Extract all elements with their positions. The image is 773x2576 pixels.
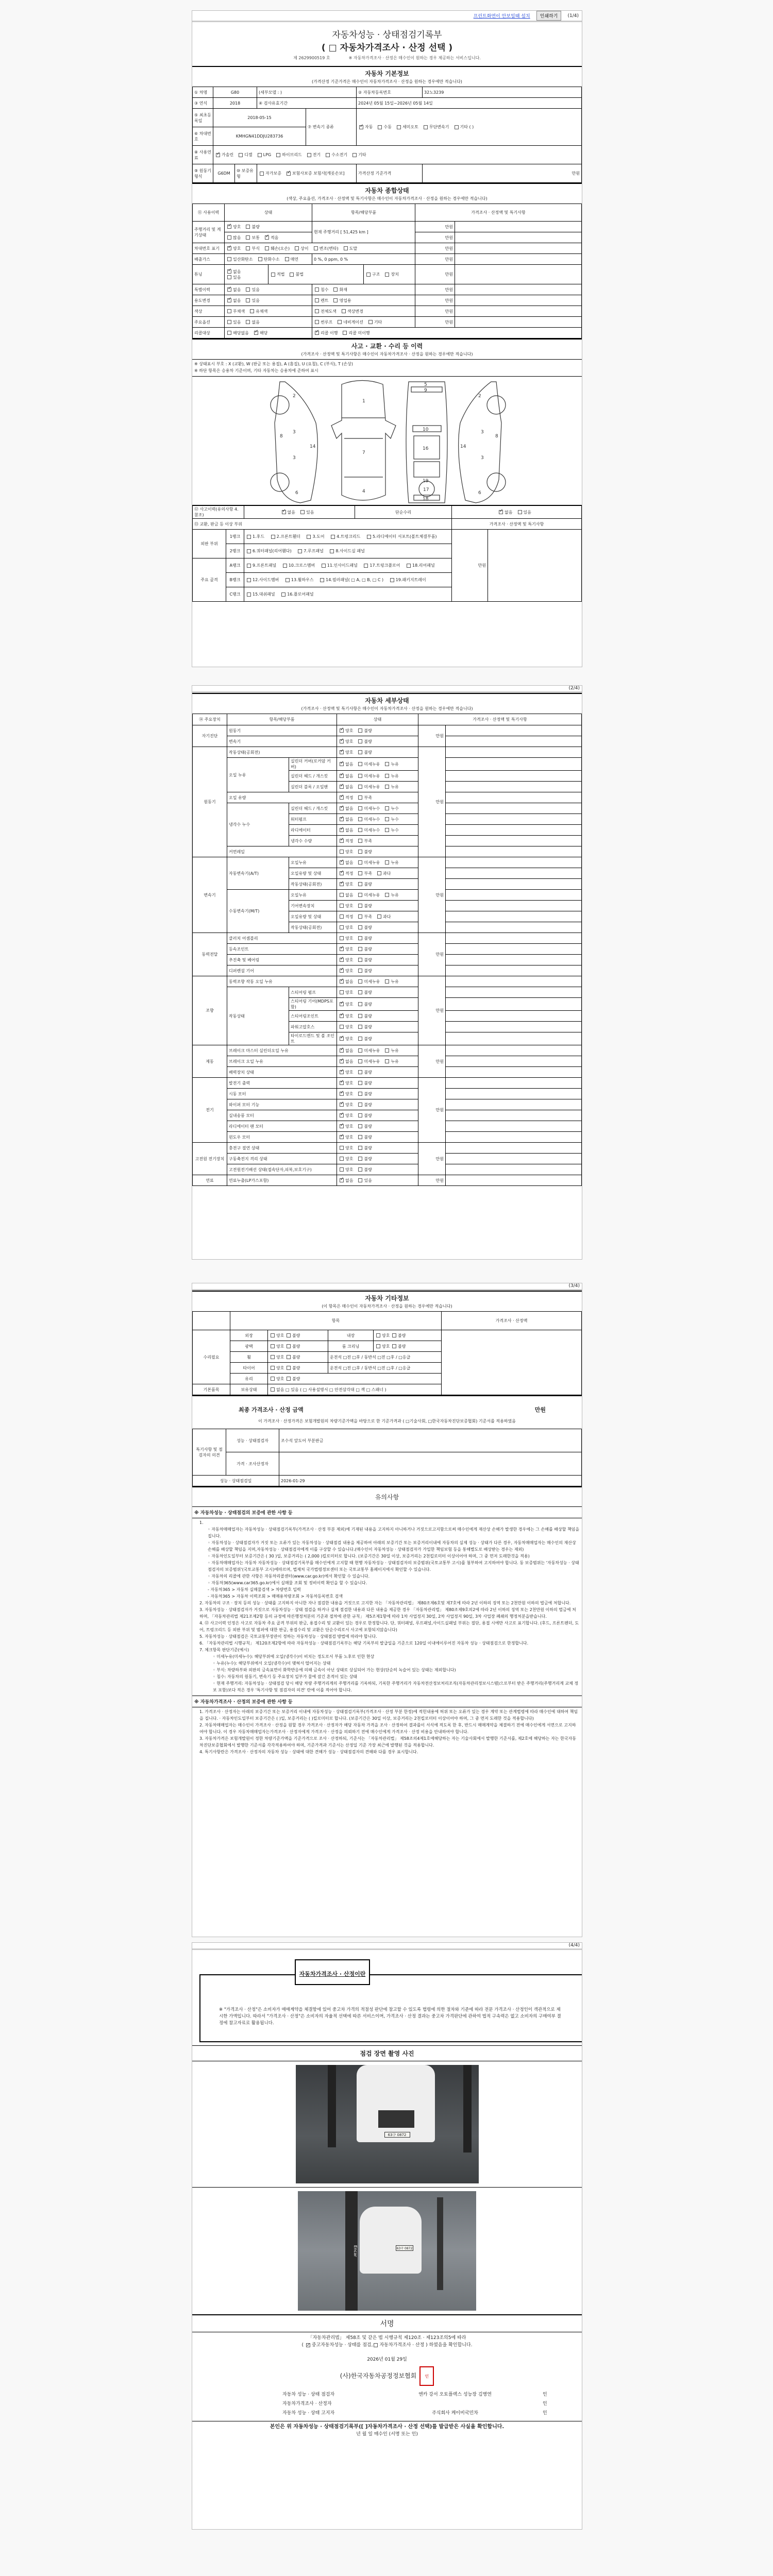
checkbox[interactable] bbox=[340, 1081, 344, 1085]
checkbox[interactable] bbox=[358, 904, 362, 908]
checkbox[interactable] bbox=[455, 125, 459, 129]
checkbox[interactable] bbox=[385, 828, 389, 832]
checkbox[interactable] bbox=[315, 287, 319, 292]
checkbox[interactable] bbox=[344, 246, 348, 250]
option: 양호 bbox=[339, 1002, 353, 1007]
checkbox[interactable] bbox=[287, 1355, 291, 1359]
checkbox[interactable] bbox=[340, 990, 344, 994]
detail-subtitle: (가격조사 · 산정액 및 특기사항은 매수인이 자동차가격조사 · 산정을 원… bbox=[192, 705, 582, 714]
checkbox[interactable] bbox=[239, 153, 243, 157]
option: 없음 bbox=[339, 979, 353, 984]
checkbox[interactable] bbox=[247, 535, 251, 539]
option: 양호 bbox=[339, 1113, 353, 1118]
checkbox[interactable] bbox=[340, 958, 344, 962]
checkbox[interactable] bbox=[358, 1025, 362, 1029]
checkbox[interactable] bbox=[358, 739, 362, 743]
checkbox[interactable] bbox=[340, 1124, 344, 1128]
checkbox[interactable] bbox=[340, 1167, 344, 1172]
option: 보험사보증 보험사[캐롯손보] bbox=[285, 171, 345, 176]
option: 과다 bbox=[376, 871, 391, 876]
checkbox[interactable] bbox=[265, 246, 269, 250]
checkbox[interactable] bbox=[358, 795, 362, 800]
option: 불량 bbox=[357, 990, 372, 995]
appraiser-label: 가격 · 조사산정자 bbox=[226, 1452, 279, 1476]
checkbox[interactable] bbox=[340, 806, 344, 810]
checkbox[interactable] bbox=[390, 578, 394, 582]
checkbox[interactable] bbox=[246, 287, 250, 292]
checkbox[interactable] bbox=[247, 592, 251, 597]
option: LPG bbox=[257, 152, 271, 157]
checkbox[interactable] bbox=[366, 273, 371, 277]
option: 불량 bbox=[357, 936, 372, 941]
checkbox[interactable] bbox=[358, 1178, 362, 1182]
appraisal-description: ※ "가격조사 · 산정"은 소비자가 매매계약을 체결함에 있어 중고차 가격… bbox=[219, 2007, 561, 2027]
checkbox[interactable] bbox=[358, 1059, 362, 1063]
checkbox[interactable] bbox=[227, 309, 231, 313]
checkbox[interactable] bbox=[358, 947, 362, 951]
option: 불량 bbox=[357, 904, 372, 908]
checkbox[interactable] bbox=[271, 1377, 275, 1381]
checkbox[interactable] bbox=[340, 817, 344, 821]
detail-row: 배력장치 상태양호불량 bbox=[193, 1067, 582, 1078]
checkbox[interactable] bbox=[358, 1113, 362, 1117]
checkbox[interactable] bbox=[358, 762, 362, 766]
detail-row: 오일 누유실린더 커버(로커암 커버)없음미세누유누유 bbox=[193, 758, 582, 771]
checkbox[interactable] bbox=[358, 936, 362, 940]
checkbox[interactable] bbox=[358, 785, 362, 789]
checkbox[interactable] bbox=[358, 1135, 362, 1139]
option: 불량 bbox=[357, 1081, 372, 1086]
overall-section: 자동차 종합상태 (색상, 주요옵션, 가격조사 · 산정액 및 특기사항은 매… bbox=[192, 183, 582, 338]
checkbox[interactable] bbox=[358, 979, 362, 984]
detail-row: 전기발전기 출력양호불량만원 bbox=[193, 1078, 582, 1089]
checkbox[interactable] bbox=[358, 1070, 362, 1074]
reg-no: 32노3239 bbox=[423, 87, 582, 98]
checkbox[interactable] bbox=[247, 564, 251, 568]
checkbox[interactable] bbox=[358, 914, 362, 919]
checkbox[interactable] bbox=[340, 914, 344, 919]
checkbox[interactable] bbox=[340, 1113, 344, 1117]
checkbox[interactable] bbox=[358, 1157, 362, 1161]
checkbox[interactable] bbox=[385, 817, 389, 821]
legend-symbols: ※ 상태표시 부호 : X (교환), W (판금 또는 용접), A (흠집)… bbox=[194, 361, 580, 367]
checkbox[interactable] bbox=[358, 893, 362, 897]
checkbox[interactable] bbox=[227, 257, 231, 261]
option: 불량 bbox=[357, 958, 372, 962]
checkbox[interactable] bbox=[376, 1333, 380, 1337]
checkbox[interactable] bbox=[358, 958, 362, 962]
option: 미세누유 bbox=[357, 1059, 380, 1064]
warranty-options: 자가보증보험사보증 보험사[캐롯손보] bbox=[257, 164, 357, 183]
checkbox[interactable] bbox=[246, 246, 250, 250]
notes-title: 유의사항 bbox=[192, 1487, 582, 1507]
checkbox[interactable] bbox=[358, 882, 362, 886]
rank-row: 외판 부위1랭크1.후드 2.프론트휀더 3.도어 4.트렁크리드 5.라디에이… bbox=[193, 530, 582, 544]
checkbox[interactable] bbox=[340, 850, 344, 854]
install-link[interactable]: 프린트화면이 안보일때 설치 bbox=[474, 12, 530, 19]
checkbox[interactable] bbox=[340, 947, 344, 951]
checkbox[interactable] bbox=[385, 774, 389, 778]
checkbox[interactable] bbox=[216, 153, 220, 157]
checkbox[interactable] bbox=[340, 1146, 344, 1150]
checkbox[interactable] bbox=[300, 510, 305, 514]
checkbox[interactable] bbox=[340, 1178, 344, 1182]
issuing-org: (사)한국자동차공정정보협회 bbox=[340, 2372, 416, 2380]
checkbox[interactable] bbox=[227, 275, 231, 279]
checkbox[interactable] bbox=[358, 1167, 362, 1172]
checkbox[interactable] bbox=[340, 1157, 344, 1161]
checkbox[interactable] bbox=[358, 1092, 362, 1096]
detail-row: 시동 모터양호불량 bbox=[193, 1089, 582, 1099]
checkbox[interactable] bbox=[358, 1014, 362, 1018]
checkbox[interactable] bbox=[340, 1002, 344, 1006]
option: 썬루프 bbox=[314, 320, 332, 325]
checkbox[interactable] bbox=[340, 828, 344, 832]
checkbox[interactable] bbox=[340, 860, 344, 865]
svg-text:3: 3 bbox=[481, 455, 484, 461]
checkbox[interactable] bbox=[340, 1135, 344, 1139]
label-vin: ⑥ 차대번호 bbox=[193, 127, 213, 146]
checkbox[interactable] bbox=[358, 1103, 362, 1107]
checkbox[interactable] bbox=[260, 172, 264, 176]
checkbox[interactable] bbox=[340, 893, 344, 897]
checkbox[interactable] bbox=[367, 535, 371, 539]
checkbox[interactable] bbox=[340, 925, 344, 929]
checkbox[interactable] bbox=[340, 904, 344, 908]
checkbox[interactable] bbox=[298, 549, 302, 553]
option: 미세누유 bbox=[357, 860, 380, 865]
checkbox[interactable] bbox=[340, 979, 344, 984]
vin: KMHGN41DDJU283736 bbox=[213, 127, 306, 146]
checkbox[interactable] bbox=[315, 320, 319, 324]
checkbox[interactable] bbox=[358, 1048, 362, 1053]
checkbox[interactable] bbox=[377, 914, 381, 919]
detail-model: (세부모델 : ) bbox=[257, 87, 357, 98]
checkbox[interactable] bbox=[287, 1333, 291, 1337]
checkbox[interactable] bbox=[392, 1333, 396, 1337]
checkbox[interactable] bbox=[407, 564, 411, 568]
checkbox[interactable] bbox=[227, 331, 231, 335]
svg-text:17: 17 bbox=[423, 487, 429, 493]
detail-row: 윈도우 모터양호불량 bbox=[193, 1132, 582, 1143]
overall-row: 주요옵션있음없음썬루프네비게이션기타만원 bbox=[193, 317, 582, 328]
checkbox[interactable] bbox=[271, 1366, 275, 1370]
checkbox[interactable] bbox=[340, 1014, 344, 1018]
checkbox[interactable] bbox=[271, 273, 275, 277]
checkbox[interactable] bbox=[287, 1366, 291, 1370]
checkbox[interactable] bbox=[358, 774, 362, 778]
checkbox[interactable] bbox=[385, 806, 389, 810]
checkbox[interactable] bbox=[282, 510, 286, 514]
checkbox[interactable] bbox=[271, 535, 275, 539]
checkbox[interactable] bbox=[340, 762, 344, 766]
option: 탄화수소 bbox=[257, 257, 280, 262]
checkbox[interactable] bbox=[385, 762, 389, 766]
checkbox[interactable] bbox=[227, 287, 231, 292]
option: 없음 bbox=[226, 298, 241, 303]
confirm-appraisal: 자동차가격조사 · 산정 ) 하였음을 확인합니다. bbox=[379, 2343, 472, 2348]
checkbox[interactable] bbox=[258, 153, 262, 157]
checkbox[interactable] bbox=[295, 246, 299, 250]
checkbox[interactable] bbox=[254, 331, 258, 335]
checkbox[interactable] bbox=[352, 153, 357, 157]
checkbox[interactable] bbox=[358, 728, 362, 733]
checkbox[interactable] bbox=[320, 578, 324, 582]
checkbox[interactable] bbox=[340, 1037, 344, 1041]
option: 양호 bbox=[339, 1167, 353, 1172]
checkbox[interactable] bbox=[340, 1070, 344, 1074]
detail-row: 작동상태스티어링 펌프양호불량 bbox=[193, 987, 582, 998]
checkbox[interactable] bbox=[340, 1092, 344, 1096]
checkbox[interactable] bbox=[315, 331, 319, 335]
checkbox[interactable] bbox=[358, 1037, 362, 1041]
checkbox[interactable] bbox=[265, 235, 269, 240]
option: 불량 bbox=[357, 850, 372, 854]
svg-text:8: 8 bbox=[280, 434, 283, 439]
option: 불량 bbox=[357, 1070, 372, 1075]
detail-row: 변속기자동변속기(A/T)오일누유없음미세누유누유만원 bbox=[193, 857, 582, 868]
option: 해당없음 bbox=[226, 331, 249, 335]
checkbox[interactable] bbox=[358, 871, 362, 875]
option: 불량 bbox=[357, 1002, 372, 1007]
checkbox[interactable] bbox=[331, 535, 335, 539]
checkbox[interactable] bbox=[287, 172, 291, 176]
checkbox[interactable] bbox=[250, 309, 254, 313]
option: 불량 bbox=[357, 1092, 372, 1096]
option: 구조 bbox=[365, 272, 380, 277]
checkbox[interactable] bbox=[271, 1355, 275, 1359]
accident-title: 사고 · 교환 · 수리 등 이력 bbox=[192, 340, 582, 350]
checkbox[interactable] bbox=[358, 990, 362, 994]
checkbox[interactable] bbox=[385, 979, 389, 984]
option: 없음 bbox=[339, 1178, 353, 1183]
checkbox[interactable] bbox=[330, 549, 334, 553]
option: 침수 bbox=[314, 287, 328, 292]
checkbox[interactable] bbox=[307, 153, 311, 157]
checkbox[interactable] bbox=[227, 320, 231, 324]
inspector-label: 성능 · 상태점검자 bbox=[226, 1429, 279, 1452]
option: 양호 bbox=[339, 1092, 353, 1096]
print-button[interactable]: 인쇄하기 bbox=[536, 11, 562, 21]
option: 적정 bbox=[339, 914, 353, 919]
checkbox[interactable] bbox=[359, 125, 363, 129]
option: 미세누유 bbox=[357, 785, 380, 789]
checkbox[interactable] bbox=[281, 592, 285, 597]
checkbox[interactable] bbox=[385, 785, 389, 789]
option: 없음 bbox=[339, 1059, 353, 1064]
checkbox[interactable] bbox=[246, 225, 250, 229]
overall-row: 특별이력없음있음침수화재만원 bbox=[193, 284, 582, 295]
checkbox[interactable] bbox=[287, 1344, 291, 1348]
svg-text:16: 16 bbox=[423, 446, 429, 451]
detail-row: 제동브레이크 마스터 실린더오일 누유없음미세누유누유만원 bbox=[193, 1045, 582, 1056]
seal-stamp-icon: 인 bbox=[419, 2366, 434, 2386]
checkbox[interactable] bbox=[315, 298, 319, 302]
checkbox[interactable] bbox=[340, 969, 344, 973]
label-warranty: ⑩ 보증유형 bbox=[235, 164, 257, 183]
checkbox[interactable] bbox=[340, 1103, 344, 1107]
checkbox[interactable] bbox=[518, 510, 522, 514]
option: 불량 bbox=[357, 969, 372, 973]
option: 많음 bbox=[226, 235, 241, 240]
checkbox[interactable] bbox=[314, 246, 318, 250]
checkbox[interactable] bbox=[424, 125, 428, 129]
checkbox[interactable] bbox=[358, 1002, 362, 1006]
option: 자가보증 bbox=[259, 171, 281, 176]
checkbox[interactable] bbox=[247, 578, 251, 582]
option: 미세누유 bbox=[357, 762, 380, 767]
checkbox[interactable] bbox=[246, 235, 250, 240]
inspector-opinion: 조수석 앞도어 부분판금 bbox=[279, 1429, 582, 1452]
option: 매연 bbox=[284, 257, 298, 262]
checkbox[interactable] bbox=[385, 860, 389, 865]
checkbox[interactable] bbox=[246, 298, 250, 302]
checkbox[interactable] bbox=[285, 578, 290, 582]
checkbox[interactable] bbox=[227, 298, 231, 302]
svg-text:4: 4 bbox=[362, 489, 365, 494]
other-title: 자동차 기타정보 bbox=[192, 1292, 582, 1302]
checkbox[interactable] bbox=[340, 936, 344, 940]
checkbox[interactable] bbox=[271, 1333, 275, 1337]
checkbox[interactable] bbox=[340, 839, 344, 843]
checkbox[interactable] bbox=[358, 1146, 362, 1150]
checkbox[interactable] bbox=[358, 1124, 362, 1128]
detail-row: 라디에이터 팬 모터양호불량 bbox=[193, 1121, 582, 1132]
appraisal-box-title: 자동차가격조사 · 산정이란 bbox=[295, 1959, 370, 1985]
checkbox[interactable] bbox=[247, 549, 251, 553]
checkbox[interactable] bbox=[358, 828, 362, 832]
checkbox[interactable] bbox=[340, 1025, 344, 1029]
checkbox[interactable] bbox=[285, 257, 289, 261]
checkbox[interactable] bbox=[378, 125, 382, 129]
checkbox[interactable] bbox=[227, 269, 231, 274]
checkbox[interactable] bbox=[385, 893, 389, 897]
option: 양호 bbox=[339, 969, 353, 973]
checkbox[interactable] bbox=[271, 1344, 275, 1348]
checkbox[interactable] bbox=[358, 1081, 362, 1085]
checkbox[interactable] bbox=[227, 235, 231, 240]
checkbox[interactable] bbox=[358, 860, 362, 865]
option: 불량 bbox=[357, 728, 372, 733]
checkbox[interactable] bbox=[368, 320, 373, 324]
notes-appraisal: 1. 가격조사 · 산정자는 아래의 보증기간 또는 보증거리 이내에 자동차성… bbox=[192, 1707, 582, 1757]
option: 전체도색 bbox=[314, 309, 337, 314]
license-plate: 63구 0872 bbox=[384, 2132, 410, 2138]
checkbox[interactable] bbox=[342, 309, 346, 313]
option: 일산화탄소 bbox=[226, 257, 253, 262]
checkbox[interactable] bbox=[340, 739, 344, 743]
page-1: 프린트화면이 안보일때 설치 인쇄하기 (1/4) 자동차성능 · 상태점검기록… bbox=[192, 10, 582, 667]
checkbox[interactable] bbox=[385, 1059, 389, 1063]
checkbox[interactable] bbox=[287, 1377, 291, 1381]
checkbox[interactable] bbox=[340, 1048, 344, 1053]
option: 불량 bbox=[357, 1037, 372, 1041]
checkbox[interactable] bbox=[258, 257, 262, 261]
option: 미세누유 bbox=[357, 979, 380, 984]
checkbox[interactable] bbox=[358, 806, 362, 810]
option: 양호 bbox=[339, 739, 353, 744]
option: 해당 bbox=[253, 331, 267, 335]
checkbox[interactable] bbox=[358, 817, 362, 821]
option: 없음 bbox=[498, 510, 512, 515]
opinion-label: 특기사항 및 점검자의 의견 bbox=[193, 1429, 226, 1476]
checkbox[interactable] bbox=[333, 287, 338, 292]
page-4: (4/4) 자동차가격조사 · 산정이란 ※ "가격조사 · 산정"은 소비자가… bbox=[192, 1942, 582, 2530]
checkbox[interactable] bbox=[307, 535, 311, 539]
inspection-photo-rear: 63구 0872 Encar bbox=[298, 2191, 476, 2311]
option: 없음 bbox=[339, 774, 353, 778]
detail-title: 자동차 세부상태 bbox=[192, 694, 582, 705]
checkbox[interactable] bbox=[340, 774, 344, 778]
checkbox[interactable] bbox=[340, 871, 344, 875]
checkbox[interactable] bbox=[343, 331, 347, 335]
checkbox[interactable] bbox=[376, 1344, 380, 1348]
svg-text:5: 5 bbox=[424, 382, 427, 387]
checkbox-inspection bbox=[306, 2343, 310, 2347]
checkbox[interactable] bbox=[364, 564, 368, 568]
checkbox[interactable] bbox=[397, 125, 401, 129]
option: 기타 bbox=[351, 152, 366, 157]
checkbox[interactable] bbox=[358, 969, 362, 973]
car-damage-diagram: 2338146 174 591016191718 2338146 bbox=[192, 377, 582, 505]
checkbox[interactable] bbox=[385, 1048, 389, 1053]
checkbox[interactable] bbox=[276, 153, 280, 157]
checkbox[interactable] bbox=[340, 1059, 344, 1063]
checkbox[interactable] bbox=[333, 298, 338, 302]
checkbox[interactable] bbox=[499, 510, 503, 514]
checkbox[interactable] bbox=[290, 273, 294, 277]
checkbox[interactable] bbox=[326, 153, 330, 157]
signature-role-row: 자동차 성능 · 상태 점검자엔카 강서 오토플렉스 성능장 김병연인 bbox=[192, 2390, 582, 2399]
checkbox[interactable] bbox=[271, 1387, 275, 1392]
checkbox[interactable] bbox=[338, 320, 342, 324]
option: 네비게이션 bbox=[337, 320, 363, 325]
fuel-options: 가솔린디젤LPG하이브리드전기수소전기기타 bbox=[213, 146, 582, 164]
checkbox[interactable] bbox=[340, 795, 344, 800]
option: 리콜 미이행 bbox=[342, 331, 369, 335]
checkbox[interactable] bbox=[340, 785, 344, 789]
checkbox[interactable] bbox=[358, 839, 362, 843]
option: 무단변속기 bbox=[423, 125, 449, 129]
checkbox[interactable] bbox=[392, 1344, 396, 1348]
checkbox[interactable] bbox=[246, 320, 250, 324]
option: 부족 bbox=[357, 839, 372, 843]
checkbox[interactable] bbox=[322, 564, 326, 568]
option: 미세누유 bbox=[357, 774, 380, 778]
checkbox[interactable] bbox=[385, 273, 389, 277]
checkbox[interactable] bbox=[358, 750, 362, 754]
overall-title: 자동차 종합상태 bbox=[192, 184, 582, 195]
checkbox[interactable] bbox=[315, 309, 319, 313]
checkbox[interactable] bbox=[377, 871, 381, 875]
checkbox[interactable] bbox=[340, 882, 344, 886]
transmission-options: 자동수동세미오토무단변속기기타 ( ) bbox=[357, 109, 582, 146]
checkbox[interactable] bbox=[358, 850, 362, 854]
checkbox[interactable] bbox=[283, 564, 287, 568]
model-year: 2018 bbox=[213, 98, 257, 109]
checkbox[interactable] bbox=[340, 728, 344, 733]
checkbox[interactable] bbox=[358, 925, 362, 929]
option: 과다 bbox=[376, 914, 391, 919]
overall-row: 용도변경없음있음렌트영업용만원 bbox=[193, 295, 582, 306]
checkbox[interactable] bbox=[340, 750, 344, 754]
checkbox[interactable] bbox=[227, 225, 231, 229]
option: 없음 bbox=[339, 860, 353, 865]
checkbox[interactable] bbox=[227, 246, 231, 250]
inspection-photo-front: 63구 0872 bbox=[296, 2065, 479, 2183]
option: 양호 bbox=[339, 850, 353, 854]
option: 적정 bbox=[339, 795, 353, 800]
